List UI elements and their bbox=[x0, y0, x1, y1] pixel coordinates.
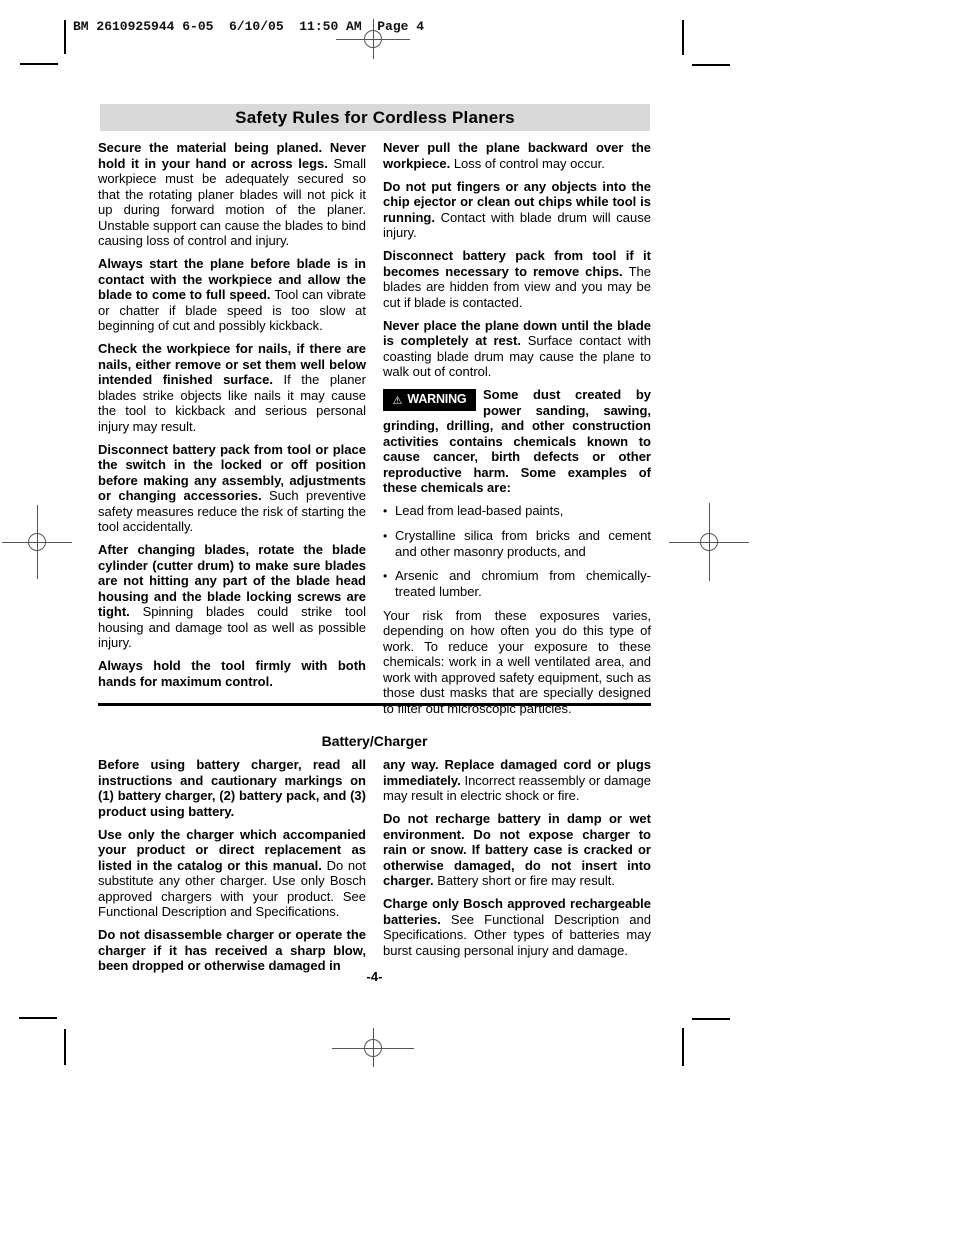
section-heading: Battery/Charger bbox=[98, 733, 651, 749]
paragraph: Do not recharge battery in damp or wet e… bbox=[383, 811, 651, 889]
bullet-text: Lead from lead-based paints, bbox=[395, 503, 563, 518]
bullet-item: •Arsenic and chromium from chemically-tr… bbox=[383, 568, 651, 600]
bullet-dot: • bbox=[383, 529, 395, 545]
paragraph-text: Battery short or fire may result. bbox=[437, 873, 615, 888]
warning-label: WARNING bbox=[407, 392, 466, 408]
paragraph-text: Spinning blades could strike tool housin… bbox=[98, 604, 366, 650]
section-divider bbox=[98, 703, 651, 706]
regmark-circle bbox=[364, 1039, 382, 1057]
bullet-dot: • bbox=[383, 504, 395, 520]
battery-column-left: Before using battery charger, read all i… bbox=[98, 757, 366, 981]
paragraph: Check the workpiece for nails, if there … bbox=[98, 341, 366, 434]
bullet-text: Arsenic and chromium from chemically-tre… bbox=[395, 568, 651, 600]
bullet-item: •Crystalline silica from bricks and ceme… bbox=[383, 528, 651, 560]
warning-paragraph: ⚠WARNINGSome dust created by power sandi… bbox=[383, 387, 651, 496]
paragraph: Never place the plane down until the bla… bbox=[383, 318, 651, 380]
bold-lead: Secure the material being planed. Never … bbox=[98, 140, 366, 171]
paragraph: Secure the material being planed. Never … bbox=[98, 140, 366, 249]
paragraph: Before using battery charger, read all i… bbox=[98, 757, 366, 819]
paragraph: Do not put fingers or any objects into t… bbox=[383, 179, 651, 241]
battery-column-right: any way. Replace damaged cord or plugs i… bbox=[383, 757, 651, 966]
paragraph: Always start the plane before blade is i… bbox=[98, 256, 366, 334]
warning-box: ⚠WARNING bbox=[383, 389, 476, 411]
crop-mark-bottom-left-h bbox=[19, 1017, 57, 1019]
paragraph-text: Loss of control may occur. bbox=[454, 156, 605, 171]
paragraph: Always hold the tool firmly with both ha… bbox=[98, 658, 366, 689]
page-title: Safety Rules for Cordless Planers bbox=[100, 104, 650, 131]
paragraph: Never pull the plane backward over the w… bbox=[383, 140, 651, 171]
registration-mark-top bbox=[336, 19, 410, 59]
regmark-circle bbox=[364, 30, 382, 48]
crop-mark-top-right-v bbox=[682, 20, 684, 55]
bold-lead: Always hold the tool firmly with both ha… bbox=[98, 658, 366, 689]
crop-mark-bottom-left-v bbox=[64, 1029, 66, 1065]
registration-mark-right bbox=[669, 503, 749, 581]
bold-lead: Before using battery charger, read all i… bbox=[98, 757, 366, 819]
bullet-dot: • bbox=[383, 569, 395, 585]
bold-lead: Do not disassemble charger or operate th… bbox=[98, 927, 366, 973]
crop-mark-top-left-h bbox=[20, 63, 58, 65]
paragraph: Use only the charger which accompanied y… bbox=[98, 827, 366, 920]
crop-mark-bottom-right-v bbox=[682, 1028, 684, 1066]
paragraph: After changing blades, rotate the blade … bbox=[98, 542, 366, 651]
paragraph: Charge only Bosch approved rechargeable … bbox=[383, 896, 651, 958]
bold-lead: Disconnect battery pack from tool if it … bbox=[383, 248, 651, 279]
paragraph: Do not disassemble charger or operate th… bbox=[98, 927, 366, 974]
regmark-circle bbox=[28, 533, 46, 551]
closing-paragraph: Your risk from these exposures varies, d… bbox=[383, 608, 651, 717]
paragraph: any way. Replace damaged cord or plugs i… bbox=[383, 757, 651, 804]
manual-page: BM 2610925944 6-05 6/10/05 11:50 AM Page… bbox=[0, 0, 954, 1235]
paragraph: Disconnect battery pack from tool if it … bbox=[383, 248, 651, 310]
warning-icon: ⚠ bbox=[393, 395, 403, 406]
registration-mark-left bbox=[2, 505, 72, 579]
regmark-circle bbox=[700, 533, 718, 551]
bullet-item: •Lead from lead-based paints, bbox=[383, 503, 651, 520]
page-number: -4- bbox=[98, 969, 651, 984]
safety-column-right: Never pull the plane backward over the w… bbox=[383, 140, 651, 724]
bullet-text: Crystalline silica from bricks and cemen… bbox=[395, 528, 651, 560]
crop-mark-top-right-h bbox=[692, 64, 730, 66]
registration-mark-bottom bbox=[332, 1028, 414, 1067]
safety-column-left: Secure the material being planed. Never … bbox=[98, 140, 366, 697]
paragraph: Disconnect battery pack from tool or pla… bbox=[98, 442, 366, 535]
crop-mark-bottom-right-h bbox=[692, 1018, 730, 1020]
crop-mark-top-left-v bbox=[64, 20, 66, 54]
